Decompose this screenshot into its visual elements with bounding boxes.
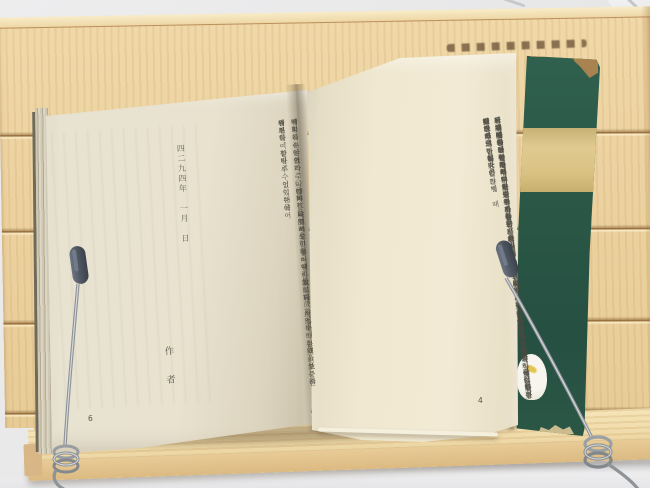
burned-marking [447, 39, 587, 52]
stand-top-edge [0, 6, 650, 28]
page-number-right: 4 [478, 396, 483, 405]
page-showthrough-text [51, 124, 215, 409]
left-page-text: 말할 수 있다。 그가 風聞에 만족치 않고 늘 現場에 있으려고 한 태도다。… [204, 118, 319, 396]
page-number-left: 6 [88, 414, 93, 423]
background-diagonal-line [487, 0, 526, 7]
stand-right-edge [641, 6, 650, 458]
photo-scene: 말할 수 있다。 그가 風聞에 만족치 않고 늘 現場에 있으려고 한 태도다。… [0, 0, 650, 488]
right-page-text: 느 사람의 路程이 더 훌륭한가느니 하는 소리는 아주 당치않다。 巨象의 自… [331, 116, 534, 420]
cover-spine-band [514, 128, 600, 192]
